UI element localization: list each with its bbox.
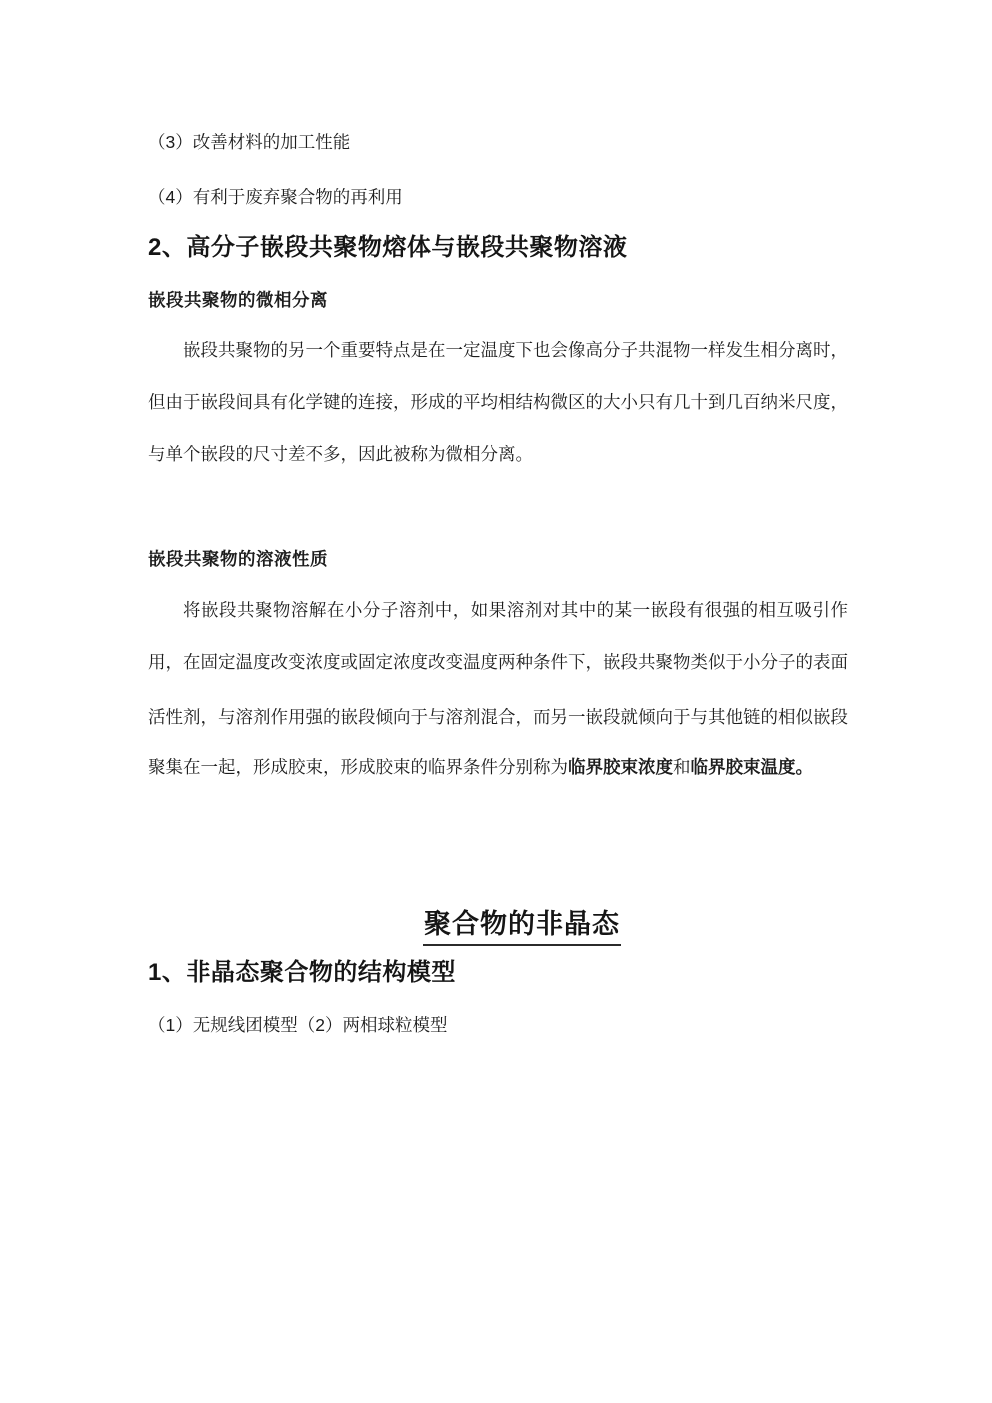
subsection-heading-solution: 嵌段共聚物的溶液性质 xyxy=(148,548,848,571)
list-item-4: （4）有利于废弃聚合物的再利用 xyxy=(148,186,848,209)
paragraph-line-with-bold-terms: 聚集在一起，形成胶束，形成胶束的临界条件分别称为临界胶束浓度和临界胶束温度。 xyxy=(148,756,848,779)
bold-term-cmt: 临界胶束温度。 xyxy=(691,757,814,777)
paragraph-line: 嵌段共聚物的另一个重要特点是在一定温度下也会像高分子共混物一样发生相分离时， xyxy=(148,339,848,362)
paragraph-line: 与单个嵌段的尺寸差不多，因此被称为微相分离。 xyxy=(148,443,848,466)
chapter-title: 聚合物的非晶态 xyxy=(0,908,992,946)
paragraph-line: 活性剂，与溶剂作用强的嵌段倾向于与溶剂混合，而另一嵌段就倾向于与其他链的相似嵌段 xyxy=(148,706,848,729)
paragraph-line: 用，在固定温度改变浓度或固定浓度改变温度两种条件下，嵌段共聚物类似于小分子的表面 xyxy=(148,651,848,674)
plain-text: 聚集在一起，形成胶束，形成胶束的临界条件分别称为 xyxy=(148,757,568,777)
chapter-title-text: 聚合物的非晶态 xyxy=(423,908,621,946)
subsection-heading-microphase: 嵌段共聚物的微相分离 xyxy=(148,289,848,312)
bold-term-cmc: 临界胶束浓度 xyxy=(568,757,673,777)
models-line: （1）无规线团模型（2）两相球粒模型 xyxy=(148,1014,848,1037)
paragraph-line: 但由于嵌段间具有化学键的连接，形成的平均相结构微区的大小只有几十到几百纳米尺度， xyxy=(148,391,848,414)
document-page: （3）改善材料的加工性能 （4）有利于废弃聚合物的再利用 2、高分子嵌段共聚物熔… xyxy=(0,0,992,1403)
section-heading-noncrystalline-models: 1、非晶态聚合物的结构模型 xyxy=(148,958,908,988)
plain-text: 和 xyxy=(673,757,691,777)
list-item-3: （3）改善材料的加工性能 xyxy=(148,131,848,154)
section-heading-block-copolymer: 2、高分子嵌段共聚物熔体与嵌段共聚物溶液 xyxy=(148,233,908,263)
paragraph-line: 将嵌段共聚物溶解在小分子溶剂中，如果溶剂对其中的某一嵌段有很强的相互吸引作 xyxy=(148,599,848,622)
